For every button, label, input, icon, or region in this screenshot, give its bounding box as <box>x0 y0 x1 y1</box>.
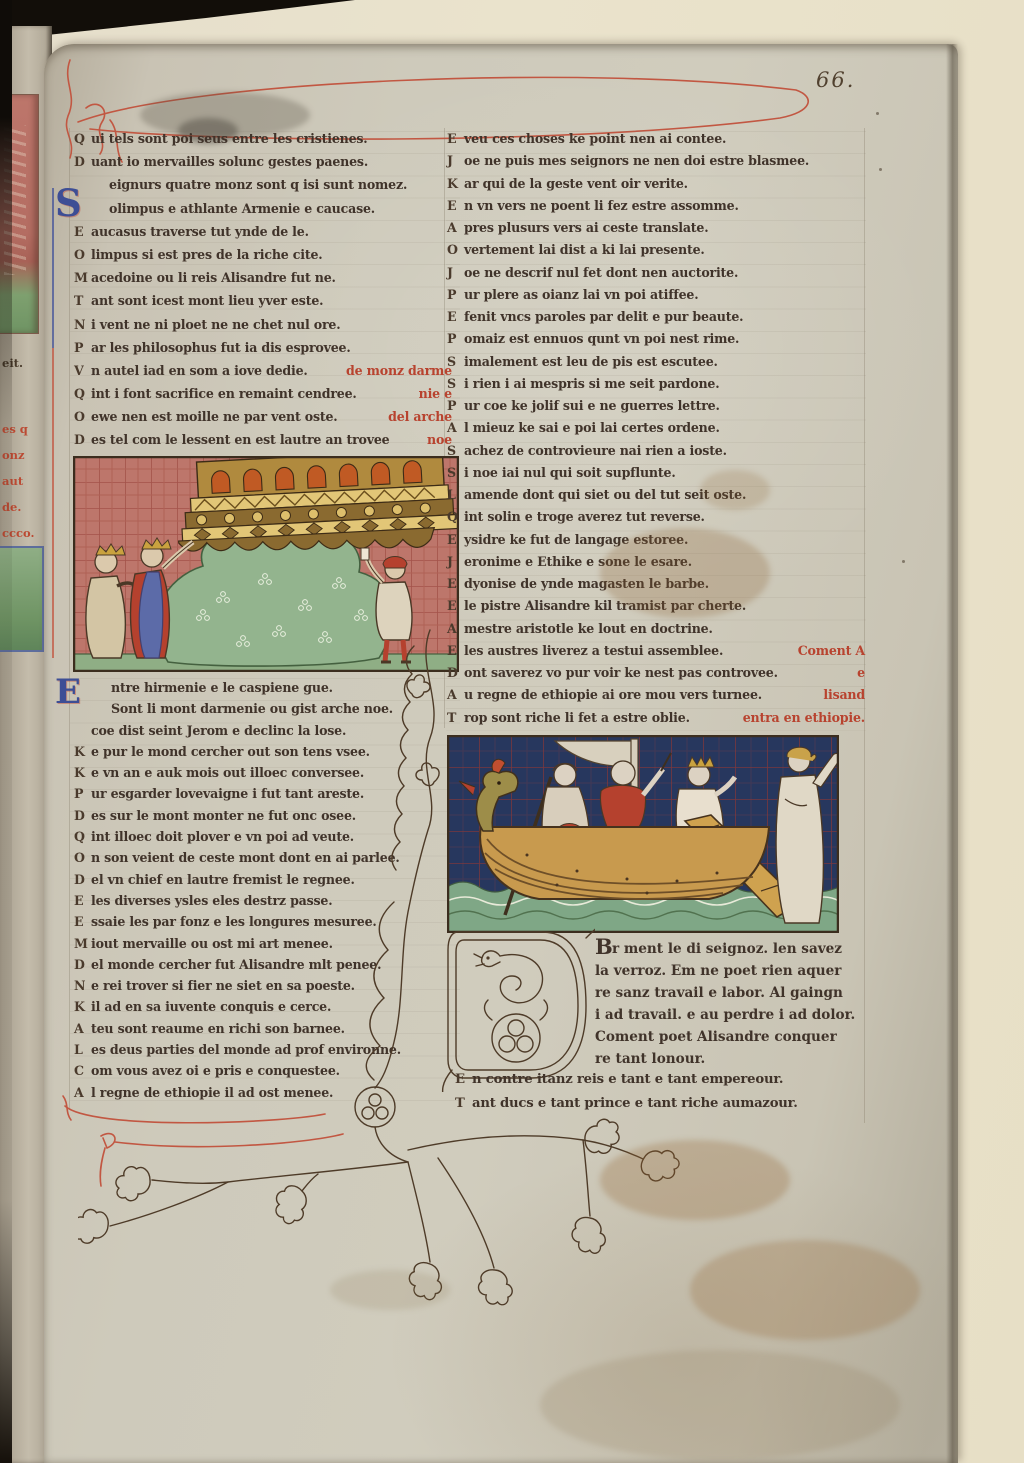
line-text: i noe iai nul qui soit supflunte. <box>464 465 676 480</box>
line-initial: O <box>74 247 91 262</box>
line-initial: P <box>447 331 464 346</box>
stain <box>600 1140 790 1220</box>
line-initial: S <box>447 354 464 369</box>
line-initial: P <box>447 287 464 302</box>
line-text: i rien i ai mespris si me seit pardone. <box>464 376 719 391</box>
line-text: veu ces choses ke point nen ai contee. <box>464 131 726 146</box>
line-initial: O <box>74 409 91 424</box>
line-text: int i font sacrifice en remaint cendree. <box>91 386 357 401</box>
verse-line: P ur plere as oianz lai vn poi atiffee. <box>447 287 865 309</box>
line-initial: A <box>447 420 464 435</box>
line-text: ant sont icest mont lieu yver este. <box>91 293 323 308</box>
line-text: imalement est leu de pis est escutee. <box>464 354 718 369</box>
line-text: int solin e troge averez tut reverse. <box>464 509 705 524</box>
rubric-text: del arche <box>380 409 452 424</box>
line-text: ui tels sont poi seus entre les cristien… <box>91 131 368 146</box>
verse-line: eignurs quatre monz sont q isi sunt nome… <box>74 177 452 200</box>
binding-shadow-top <box>0 0 355 40</box>
line-initial: S <box>447 465 464 480</box>
line-text: uant io mervailles solunc gestes paenes. <box>91 154 368 169</box>
line-text: oe ne puis mes seignors ne nen doi estre… <box>464 153 809 168</box>
verse-line: K ar qui de la geste vent oir verite. <box>447 176 865 198</box>
verse-line: L amende dont qui siet ou del tut seit o… <box>447 487 865 509</box>
stain <box>540 1350 900 1460</box>
verse-line: E veu ces choses ke point nen ai contee. <box>447 131 865 153</box>
verse-line: Q ui tels sont poi seus entre les cristi… <box>74 131 452 154</box>
line-initial: D <box>74 432 91 447</box>
line-initial: S <box>447 376 464 391</box>
rubric-text: lisand <box>815 687 865 702</box>
verse-line: T ant sont icest mont lieu yver este. <box>74 293 452 316</box>
vine-decoration <box>78 602 738 1342</box>
line-initial: T <box>74 293 91 308</box>
stain <box>600 528 770 618</box>
line-text: fenit vncs paroles par delit e pur beaut… <box>464 309 743 324</box>
line-text: ar les philosophus fut ia dis esprovee. <box>91 340 351 355</box>
line-initial: O <box>447 242 464 257</box>
line-initial: J <box>447 265 464 280</box>
rubric-text: e <box>849 665 865 680</box>
line-text: n autel iad en som a iove dedie. <box>91 363 308 378</box>
verse-line: M acedoine ou li reis Alisandre fut ne. <box>74 270 452 293</box>
line-initial: J <box>447 554 464 569</box>
line-initial: J <box>447 153 464 168</box>
verse-line: S i rien i ai mespris si me seit pardone… <box>447 376 865 398</box>
stain <box>700 470 770 510</box>
line-text: eignurs quatre monz sont q isi sunt nome… <box>91 177 407 192</box>
line-text: olimpus e athlante Armenie e caucase. <box>91 201 375 216</box>
verse-line: O ewe nen est moille ne par vent oste. d… <box>74 409 452 432</box>
line-text: pres plusurs vers ai ceste translate. <box>464 220 708 235</box>
verse-line: D uant io mervailles solunc gestes paene… <box>74 154 452 177</box>
page-edge <box>946 44 958 1463</box>
line-text: ur plere as oianz lai vn poi atiffee. <box>464 287 698 302</box>
line-text: ur coe ke jolif sui e ne guerres lettre. <box>464 398 720 413</box>
rubric-text: Coment A <box>790 643 865 658</box>
line-initial: L <box>447 487 464 502</box>
line-text: limpus si est pres de la riche cite. <box>91 247 322 262</box>
line-initial: E <box>74 224 91 239</box>
verse-line: E fenit vncs paroles par delit e pur bea… <box>447 309 865 331</box>
verse-line: P omaiz est ennuos qunt vn poi nest rime… <box>447 331 865 353</box>
verse-line: S i noe iai nul qui soit supflunte. <box>447 465 865 487</box>
line-initial: P <box>447 398 464 413</box>
line-initial: E <box>447 131 464 146</box>
binding-gutter <box>0 0 12 1463</box>
left-text-column-upper: Q ui tels sont poi seus entre les cristi… <box>74 131 452 456</box>
line-initial: E <box>447 532 464 547</box>
line-initial: Q <box>74 131 91 146</box>
line-text: aucasus traverse tut ynde de le. <box>91 224 309 239</box>
verse-line: O limpus si est pres de la riche cite. <box>74 247 452 270</box>
stain <box>330 1270 450 1310</box>
rubric-text: de monz darme <box>338 363 452 378</box>
verse-line: Q int i font sacrifice en remaint cendre… <box>74 386 452 409</box>
verse-line: S achez de controvieure nai rien a ioste… <box>447 443 865 465</box>
line-initial: K <box>447 176 464 191</box>
line-initial: A <box>447 220 464 235</box>
line-text: oe ne descrif nul fet dont nen auctorite… <box>464 265 738 280</box>
line-text: achez de controvieure nai rien a ioste. <box>464 443 727 458</box>
verse-line: O vertement lai dist a ki lai presente. <box>447 242 865 264</box>
rubric-text: nie e <box>411 386 452 401</box>
line-text: ewe nen est moille ne par vent oste. <box>91 409 337 424</box>
line-initial: Q <box>74 386 91 401</box>
line-text: i vent ne ni ploet ne ne chet nul ore. <box>91 317 340 332</box>
line-text: l mieuz ke sai e poi lai certes ordene. <box>464 420 720 435</box>
line-initial: Q <box>447 509 464 524</box>
line-text: omaiz est ennuos qunt vn poi nest rime. <box>464 331 739 346</box>
line-text: ar qui de la geste vent oir verite. <box>464 176 688 191</box>
verse-line: N i vent ne ni ploet ne ne chet nul ore. <box>74 317 452 340</box>
ink-speck <box>879 168 882 171</box>
verse-line: S imalement est leu de pis est escutee. <box>447 354 865 376</box>
line-initial: D <box>74 154 91 169</box>
stain <box>690 1240 920 1340</box>
verse-line: J oe ne descrif nul fet dont nen auctori… <box>447 265 865 287</box>
vertical-rule <box>69 128 70 1110</box>
initial-filigree-line <box>52 188 54 658</box>
line-initial: E <box>447 309 464 324</box>
rubric-text: entra en ethiopie. <box>735 710 865 725</box>
line-initial: P <box>74 340 91 355</box>
verse-line: A l mieuz ke sai e poi lai certes ordene… <box>447 420 865 442</box>
line-text: acedoine ou li reis Alisandre fut ne. <box>91 270 336 285</box>
line-text: n vn vers ne poent li fez estre assomme. <box>464 198 739 213</box>
line-initial: E <box>447 576 464 591</box>
ink-speck <box>876 112 879 115</box>
line-text: es tel com le lessent en est lautre an t… <box>91 432 390 447</box>
verse-line: A pres plusurs vers ai ceste translate. <box>447 220 865 242</box>
verse-line: D es tel com le lessent en est lautre an… <box>74 432 452 455</box>
line-initial: N <box>74 317 91 332</box>
line-initial: M <box>74 270 91 285</box>
verse-line: P ar les philosophus fut ia dis esprovee… <box>74 340 452 363</box>
line-initial: S <box>447 443 464 458</box>
line-initial: V <box>74 363 91 378</box>
verse-line: E aucasus traverse tut ynde de le. <box>74 224 452 247</box>
line-text: vertement lai dist a ki lai presente. <box>464 242 705 257</box>
verse-line: E n vn vers ne poent li fez estre assomm… <box>447 198 865 220</box>
line-initial: E <box>447 198 464 213</box>
verse-line: J oe ne puis mes seignors ne nen doi est… <box>447 153 865 175</box>
manuscript-scan: { "folio": { "number": "66." }, "colors"… <box>0 0 1024 1463</box>
ink-speck <box>902 560 905 563</box>
verse-line: P ur coe ke jolif sui e ne guerres lettr… <box>447 398 865 420</box>
verse-line: olimpus e athlante Armenie e caucase. <box>74 201 452 224</box>
verse-line: V n autel iad en som a iove dedie. de mo… <box>74 363 452 386</box>
verse-line: Q int solin e troge averez tut reverse. <box>447 509 865 531</box>
